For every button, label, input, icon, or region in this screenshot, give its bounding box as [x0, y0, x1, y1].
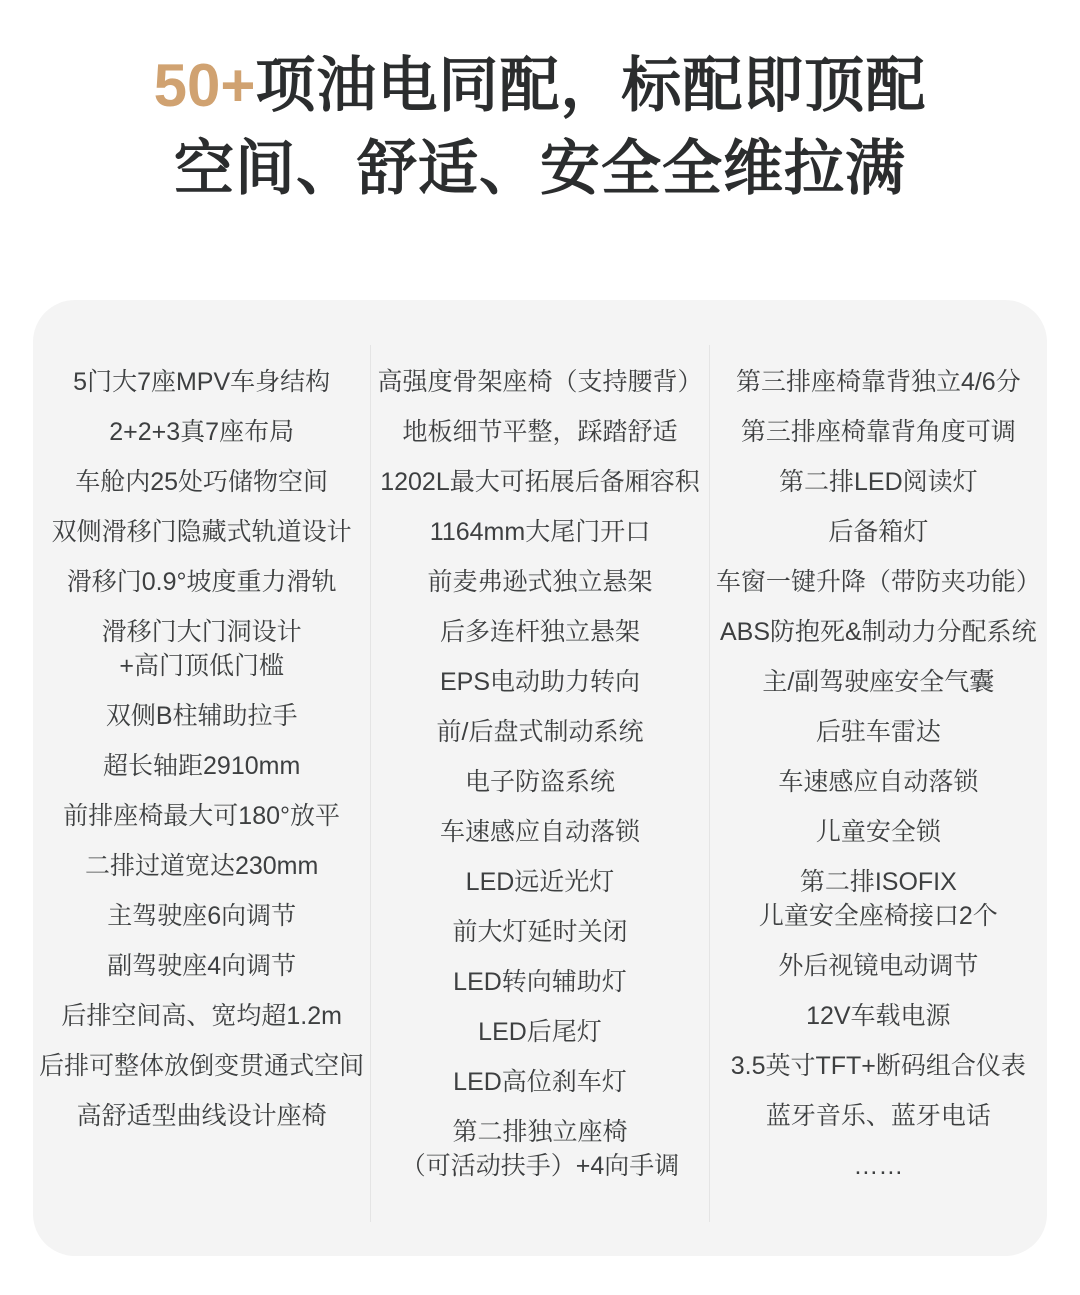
feature-item: 2+2+3真7座布局	[33, 407, 370, 457]
feature-item: 副驾驶座4向调节	[33, 941, 370, 991]
feature-column-space: 5门大7座MPV车身结构2+2+3真7座布局车舱内25处巧储物空间双侧滑移门隐藏…	[33, 300, 370, 1256]
feature-item: 后驻车雷达	[710, 707, 1047, 757]
feature-item: 后排空间高、宽均超1.2m	[33, 991, 370, 1041]
feature-item: 车速感应自动落锁	[710, 757, 1047, 807]
feature-item: 前麦弗逊式独立悬架	[371, 557, 708, 607]
feature-item: 12V车载电源	[710, 991, 1047, 1041]
feature-item: 1202L最大可拓展后备厢容积	[371, 457, 708, 507]
feature-item: ……	[710, 1141, 1047, 1191]
title-line1-text: 项油电同配，标配即顶配	[255, 52, 926, 119]
feature-item: 电子防盗系统	[371, 757, 708, 807]
feature-item: 第二排ISOFIX 儿童安全座椅接口2个	[710, 857, 1047, 941]
feature-item: LED后尾灯	[371, 1007, 708, 1057]
page-title-line1: 50+项油电同配，标配即顶配	[0, 44, 1080, 127]
feature-column-comfort: 高强度骨架座椅（支持腰背）地板细节平整，踩踏舒适1202L最大可拓展后备厢容积1…	[371, 300, 708, 1256]
feature-item: 前大灯延时关闭	[371, 907, 708, 957]
feature-item: 第二排独立座椅 （可活动扶手）+4向手调	[371, 1107, 708, 1191]
feature-item: 第二排LED阅读灯	[710, 457, 1047, 507]
feature-item: LED远近光灯	[371, 857, 708, 907]
feature-item: 后排可整体放倒变贯通式空间	[33, 1041, 370, 1091]
feature-item: 双侧B柱辅助拉手	[33, 691, 370, 741]
promo-page: 50+项油电同配，标配即顶配 空间、舒适、安全全维拉满 5门大7座MPV车身结构…	[0, 0, 1080, 1295]
feature-item: 外后视镜电动调节	[710, 941, 1047, 991]
feature-item: 3.5英寸TFT+断码组合仪表	[710, 1041, 1047, 1091]
title-block: 50+项油电同配，标配即顶配 空间、舒适、安全全维拉满	[0, 0, 1080, 210]
feature-item: 地板细节平整，踩踏舒适	[371, 407, 708, 457]
feature-item: 车窗一键升降（带防夹功能）	[710, 557, 1047, 607]
feature-item: EPS电动助力转向	[371, 657, 708, 707]
feature-item: 主/副驾驶座安全气囊	[710, 657, 1047, 707]
feature-item: 车速感应自动落锁	[371, 807, 708, 857]
feature-item: 5门大7座MPV车身结构	[33, 357, 370, 407]
feature-item: 后备箱灯	[710, 507, 1047, 557]
feature-item: 前排座椅最大可180°放平	[33, 791, 370, 841]
feature-item: 滑移门0.9°坡度重力滑轨	[33, 557, 370, 607]
feature-item: 双侧滑移门隐藏式轨道设计	[33, 507, 370, 557]
feature-item: 滑移门大门洞设计 +高门顶低门槛	[33, 607, 370, 691]
feature-item: 儿童安全锁	[710, 807, 1047, 857]
feature-item: LED高位刹车灯	[371, 1057, 708, 1107]
feature-item: 主驾驶座6向调节	[33, 891, 370, 941]
feature-item: 二排过道宽达230mm	[33, 841, 370, 891]
feature-item: ABS防抱死&制动力分配系统	[710, 607, 1047, 657]
feature-item: 蓝牙音乐、蓝牙电话	[710, 1091, 1047, 1141]
title-highlight-50plus: 50+	[154, 52, 256, 119]
feature-item: 后多连杆独立悬架	[371, 607, 708, 657]
feature-item: 车舱内25处巧储物空间	[33, 457, 370, 507]
feature-item: 高强度骨架座椅（支持腰背）	[371, 357, 708, 407]
feature-item: 超长轴距2910mm	[33, 741, 370, 791]
feature-card: 5门大7座MPV车身结构2+2+3真7座布局车舱内25处巧储物空间双侧滑移门隐藏…	[33, 300, 1047, 1256]
feature-item: 第三排座椅靠背角度可调	[710, 407, 1047, 457]
feature-item: LED转向辅助灯	[371, 957, 708, 1007]
feature-item: 高舒适型曲线设计座椅	[33, 1091, 370, 1141]
feature-column-safety: 第三排座椅靠背独立4/6分第三排座椅靠背角度可调第二排LED阅读灯后备箱灯车窗一…	[710, 300, 1047, 1256]
feature-item: 1164mm大尾门开口	[371, 507, 708, 557]
page-title-line2: 空间、舒适、安全全维拉满	[0, 127, 1080, 210]
feature-item: 前/后盘式制动系统	[371, 707, 708, 757]
feature-item: 第三排座椅靠背独立4/6分	[710, 357, 1047, 407]
